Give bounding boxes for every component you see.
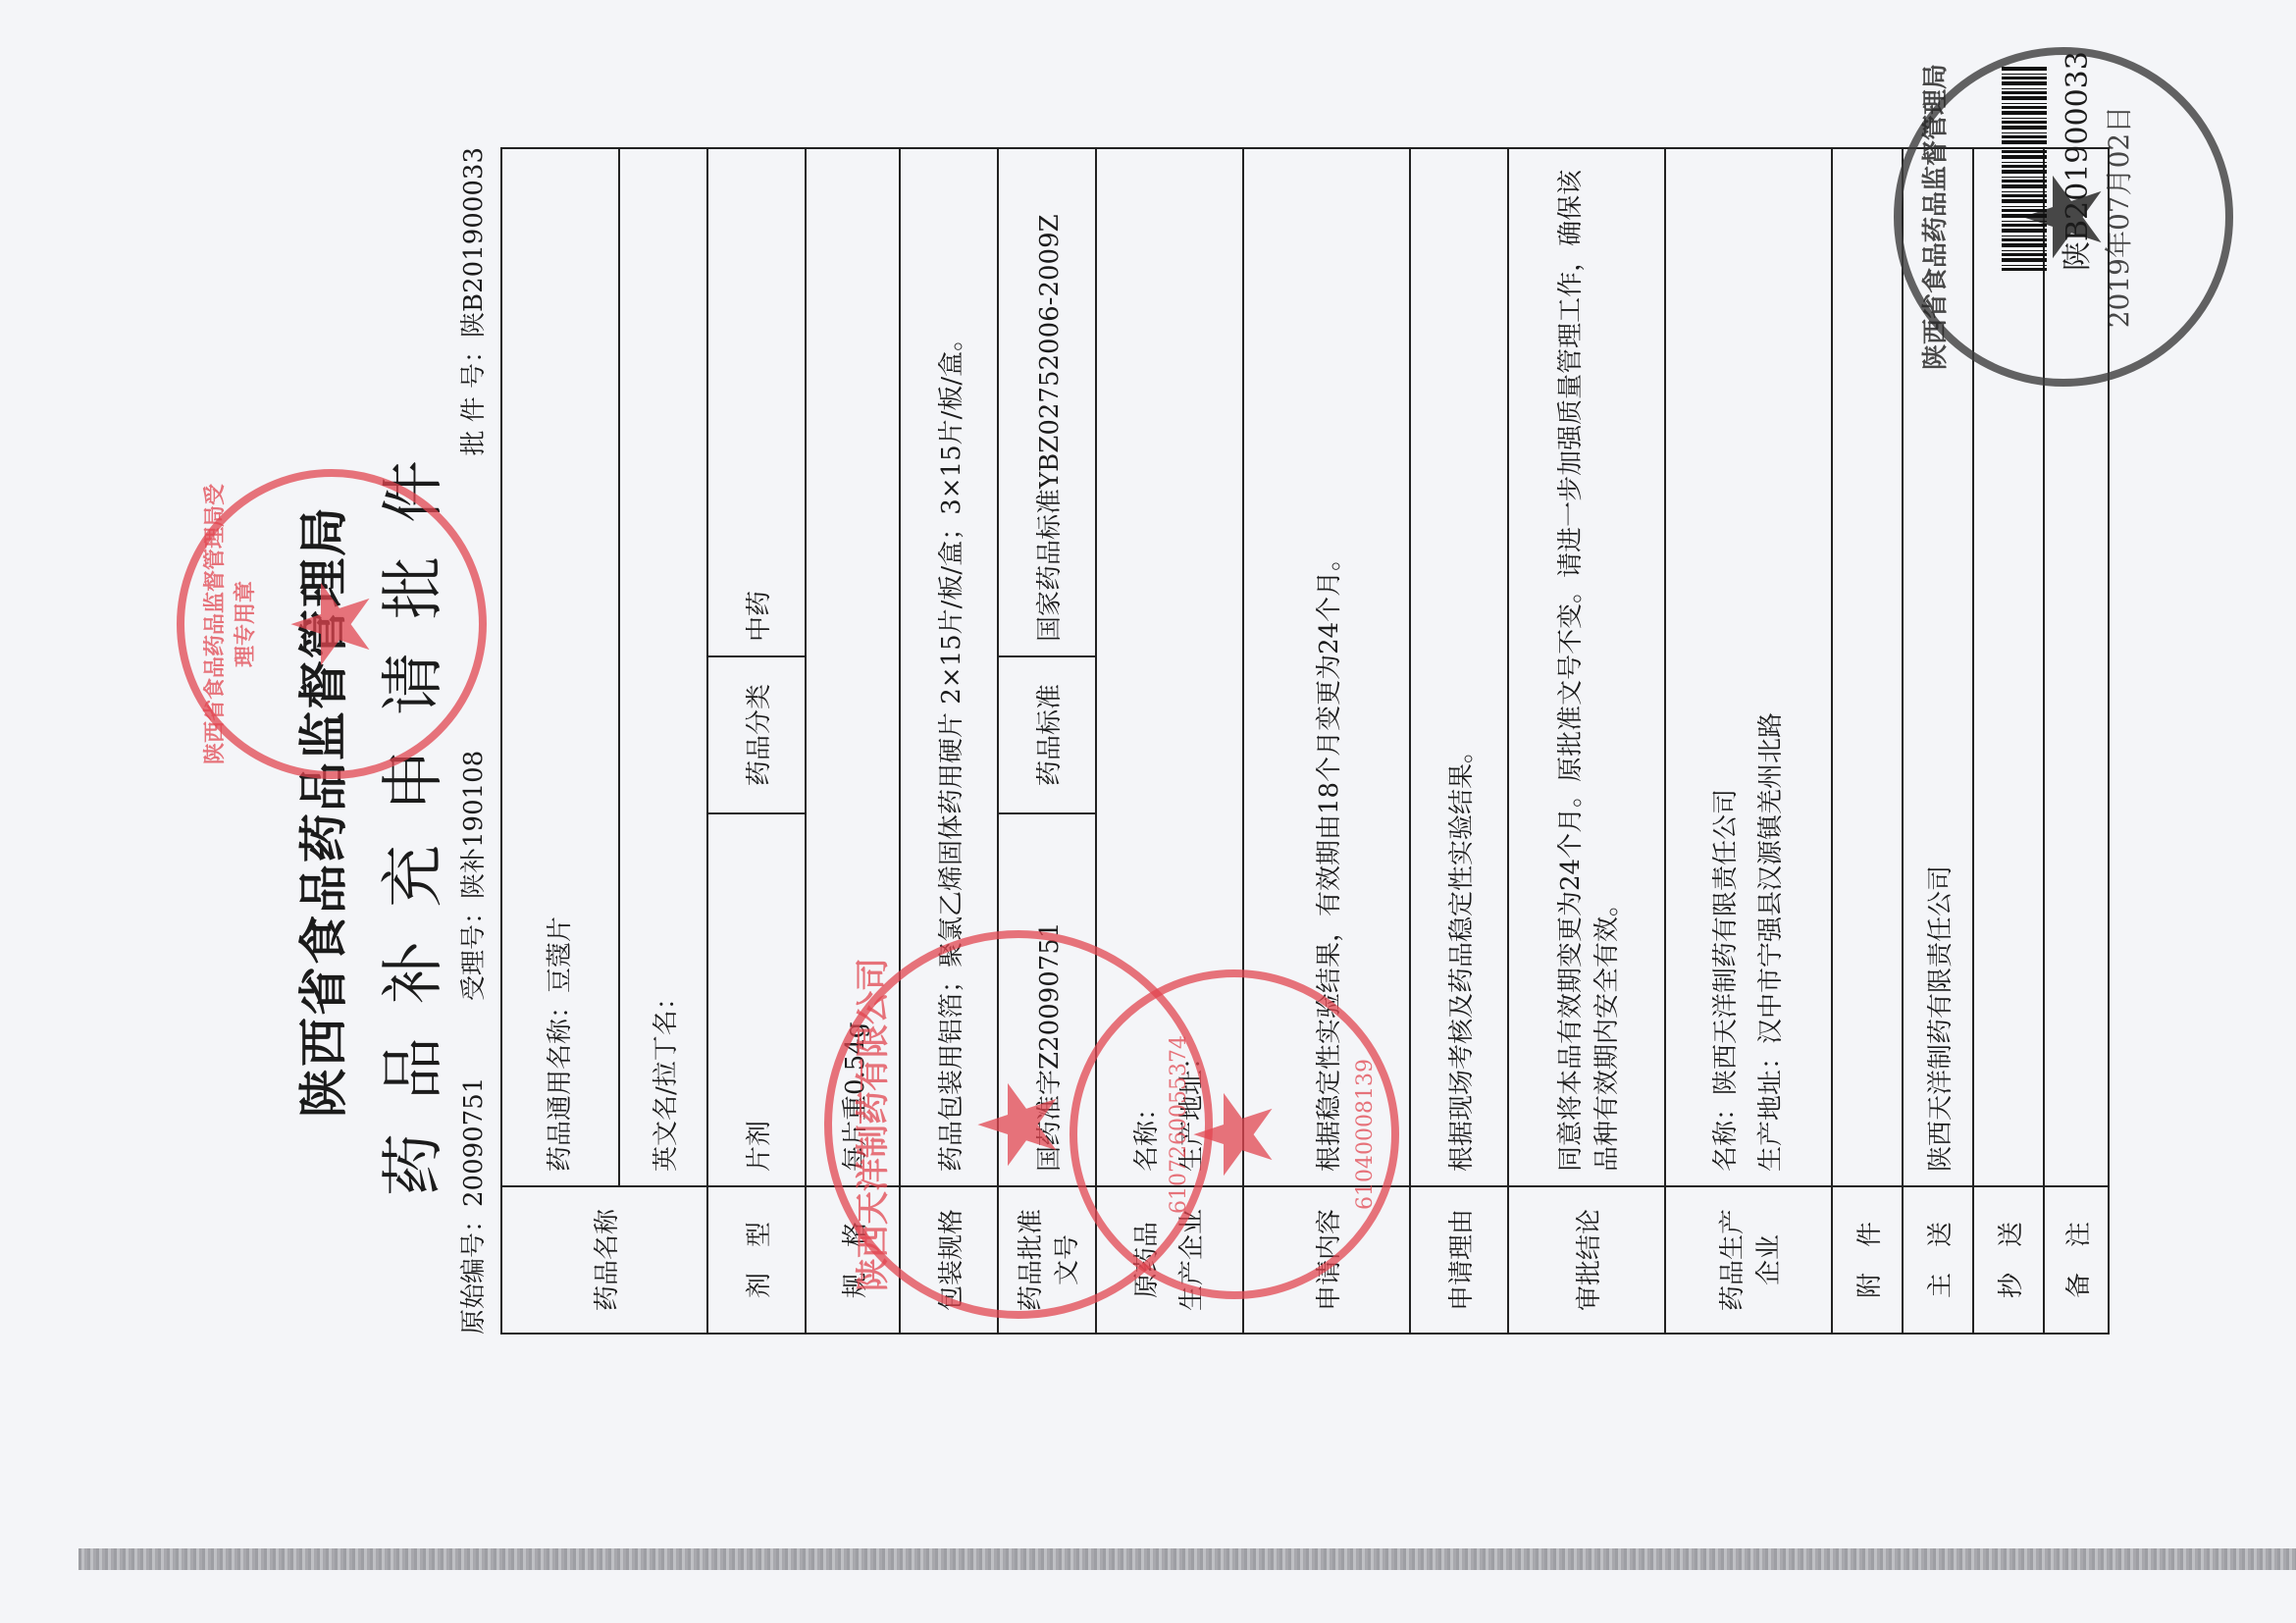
row-producer: 药品生产企业 名称：陕西天洋制药有限责任公司 生产地址：汉中市宁强县汉源镇羌州北… bbox=[1665, 148, 1832, 1334]
drug-name-label: 药品名称 bbox=[501, 1186, 707, 1334]
row-original-producer: 原药品生产企业 名称： 生产地址： bbox=[1096, 148, 1243, 1334]
original-number: 原始编号：20090751 bbox=[453, 1001, 490, 1335]
row-package: 包装规格 药品包装用铝箔；聚氯乙烯固体药用硬片 2×15片/板/盒；3×15片/… bbox=[900, 148, 998, 1334]
dosage-form-label: 剂 型 bbox=[707, 1186, 806, 1334]
issuing-agency: 陕西省食品药品监督管理局 bbox=[285, 0, 355, 1623]
remarks-label: 备 注 bbox=[2044, 1186, 2109, 1334]
approval-document: 陕西省食品药品监督管理局 药品补充申请批件 原始编号：20090751 受理号：… bbox=[0, 0, 2296, 1623]
row-application-reason: 申请理由 根据现场考核及药品稳定性实验结果。 bbox=[1410, 148, 1508, 1334]
row-remarks: 备 注 bbox=[2044, 148, 2109, 1334]
conclusion-label: 审批结论 bbox=[1508, 1186, 1665, 1334]
row-cc: 抄 送 bbox=[1973, 148, 2044, 1334]
cc bbox=[1973, 148, 2044, 1186]
attachment bbox=[1832, 148, 1903, 1186]
dosage-form: 片剂 bbox=[707, 813, 806, 1186]
approval-doc: 国药准字Z20090751 bbox=[998, 813, 1096, 1186]
receipt-number: 受理号：陕补190108 bbox=[453, 530, 490, 1001]
row-dosage-form: 剂 型 片剂 药品分类 中药 bbox=[707, 148, 806, 1334]
main-recipient: 陕西天洋制药有限责任公司 bbox=[1903, 148, 1973, 1186]
row-drug-name: 药品名称 药品通用名称：豆蔻片 bbox=[501, 148, 619, 1334]
generic-name-cell: 药品通用名称：豆蔻片 bbox=[501, 148, 619, 1186]
producer-label: 药品生产企业 bbox=[1665, 1186, 1832, 1334]
category-label: 药品分类 bbox=[707, 656, 806, 813]
english-name-cell: 英文名/拉丁名： bbox=[619, 148, 707, 1186]
application-content: 根据稳定性实验结果，有效期由18个月变更为24个月。 bbox=[1243, 148, 1410, 1186]
application-content-label: 申请内容 bbox=[1243, 1186, 1410, 1334]
barcode-number: 陕B201900033 bbox=[2053, 0, 2096, 271]
row-spec: 规 格 每片重0.54g bbox=[806, 148, 900, 1334]
row-attachment: 附 件 bbox=[1832, 148, 1903, 1334]
approval-number: 批 件 号：陕B201900033 bbox=[453, 147, 490, 530]
conclusion: 同意将本品有效期变更为24个月。原批准文号不变。请进一步加强质量管理工作，确保该… bbox=[1508, 148, 1665, 1186]
producer-address: 生产地址：汉中市宁强县汉源镇羌州北路 bbox=[1748, 163, 1794, 1172]
spec: 每片重0.54g bbox=[806, 148, 900, 1186]
approval-doc-label: 药品批准文号 bbox=[998, 1186, 1096, 1334]
original-producer-name: 名称： bbox=[1124, 163, 1170, 1172]
row-approval-doc: 药品批准文号 国药准字Z20090751 药品标准 国家药品标准YBZ02752… bbox=[998, 148, 1096, 1334]
cc-label: 抄 送 bbox=[1973, 1186, 2044, 1334]
generic-name: 豆蔻片 bbox=[546, 916, 575, 993]
standard: 国家药品标准YBZ02752006-2009Z bbox=[998, 148, 1096, 656]
producer-name: 名称：陕西天洋制药有限责任公司 bbox=[1703, 163, 1748, 1172]
row-main-recipient: 主 送 陕西天洋制药有限责任公司 bbox=[1903, 148, 1973, 1334]
package: 药品包装用铝箔；聚氯乙烯固体药用硬片 2×15片/板/盒；3×15片/板/盒。 bbox=[900, 148, 998, 1186]
package-label: 包装规格 bbox=[900, 1186, 998, 1334]
original-producer-label: 原药品生产企业 bbox=[1096, 1186, 1243, 1334]
application-reason: 根据现场考核及药品稳定性实验结果。 bbox=[1410, 148, 1508, 1186]
application-reason-label: 申请理由 bbox=[1410, 1186, 1508, 1334]
remarks bbox=[2044, 148, 2109, 1186]
category: 中药 bbox=[707, 148, 806, 656]
attachment-label: 附 件 bbox=[1832, 1186, 1903, 1334]
row-conclusion: 审批结论 同意将本品有效期变更为24个月。原批准文号不变。请进一步加强质量管理工… bbox=[1508, 148, 1665, 1334]
spec-label: 规 格 bbox=[806, 1186, 900, 1334]
document-title: 药品补充申请批件 bbox=[363, 0, 453, 1623]
original-producer-address: 生产地址： bbox=[1170, 163, 1215, 1172]
approval-form-table: 药品名称 药品通用名称：豆蔻片 英文名/拉丁名： 剂 型 片剂 药品分类 中药 … bbox=[500, 147, 2110, 1335]
document-meta: 原始编号：20090751 受理号：陕补190108 批 件 号：陕B20190… bbox=[453, 147, 490, 1335]
barcode bbox=[2002, 65, 2047, 271]
main-recipient-label: 主 送 bbox=[1903, 1186, 1973, 1334]
row-application-content: 申请内容 根据稳定性实验结果，有效期由18个月变更为24个月。 bbox=[1243, 148, 1410, 1334]
standard-label: 药品标准 bbox=[998, 656, 1096, 813]
